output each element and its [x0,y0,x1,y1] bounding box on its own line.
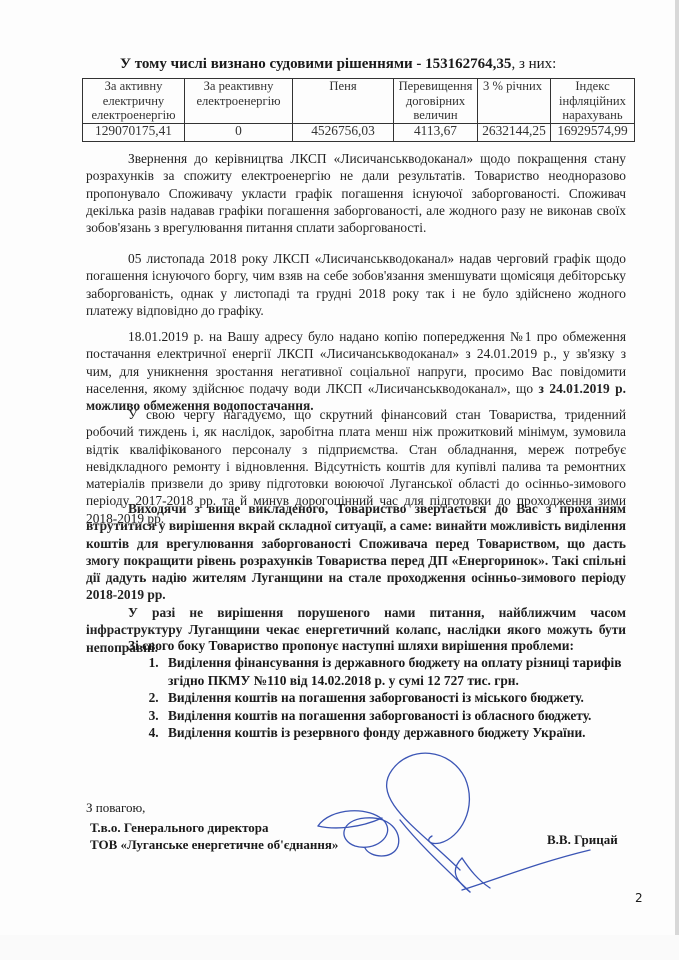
list-item: Виділення коштів на погашення заборгован… [162,707,652,725]
page-bottom-margin [0,935,679,960]
cell-contract-excess: 4113,67 [394,124,478,142]
table-row: 129070175,41 0 4526756,03 4113,67 263214… [83,124,635,142]
proposals-list: Виділення фінансування із державного бюд… [138,654,652,742]
table-header-row: За активну електричну електроенергію За … [83,79,635,124]
court-decisions-heading: У тому числі визнано судовими рішеннями … [120,56,556,73]
closing-salutation: З повагою, [86,800,145,816]
paragraph-payment-schedule: 05 листопада 2018 року ЛКСП «Лисичанськв… [86,250,626,319]
column-header-contract-excess: Перевищення договірних величин [394,79,478,124]
page-edge-shadow [675,0,679,935]
column-header-penalty: Пеня [293,79,394,124]
list-item: Виділення коштів із резервного фонду дер… [162,724,652,742]
paragraph-request: Виходячи з вище викладеного, Товариство … [86,500,626,604]
page-number: 2 [635,891,643,905]
signatory-organization: ТОВ «Луганське енергетичне об'єднання» [90,837,338,853]
cell-penalty: 4526756,03 [293,124,394,142]
paragraph-supply-restriction-warning: 18.01.2019 р. на Вашу адресу було надано… [86,328,626,414]
cell-annual-3-percent: 2632144,25 [478,124,551,142]
column-header-active-energy: За активну електричну електроенергію [83,79,185,124]
proposals-intro: Зі свого боку Товариство пропонує наступ… [128,638,574,654]
document-page: У тому числі визнано судовими рішеннями … [0,0,679,960]
heading-suffix: , з них: [511,56,556,72]
debt-breakdown-table: За активну електричну електроенергію За … [82,78,635,142]
column-header-annual-3-percent: 3 % річних [478,79,551,124]
list-item: Виділення фінансування із державного бюд… [162,654,652,689]
column-header-reactive-energy: За реактивну електроенергію [185,79,293,124]
cell-reactive-energy: 0 [185,124,293,142]
cell-inflation-index: 16929574,99 [551,124,635,142]
column-header-inflation-index: Індекс інфляційних нарахувань [551,79,635,124]
signatory-title: Т.в.о. Генерального директора [90,820,269,836]
paragraph-appeal-results: Звернення до керівництва ЛКСП «Лисичансь… [86,150,626,236]
signatory-name: В.В. Грицай [547,832,618,848]
list-item: Виділення коштів на погашення заборгован… [162,689,652,707]
cell-active-energy: 129070175,41 [83,124,185,142]
heading-bold-text: У тому числі визнано судовими рішеннями … [120,56,511,72]
